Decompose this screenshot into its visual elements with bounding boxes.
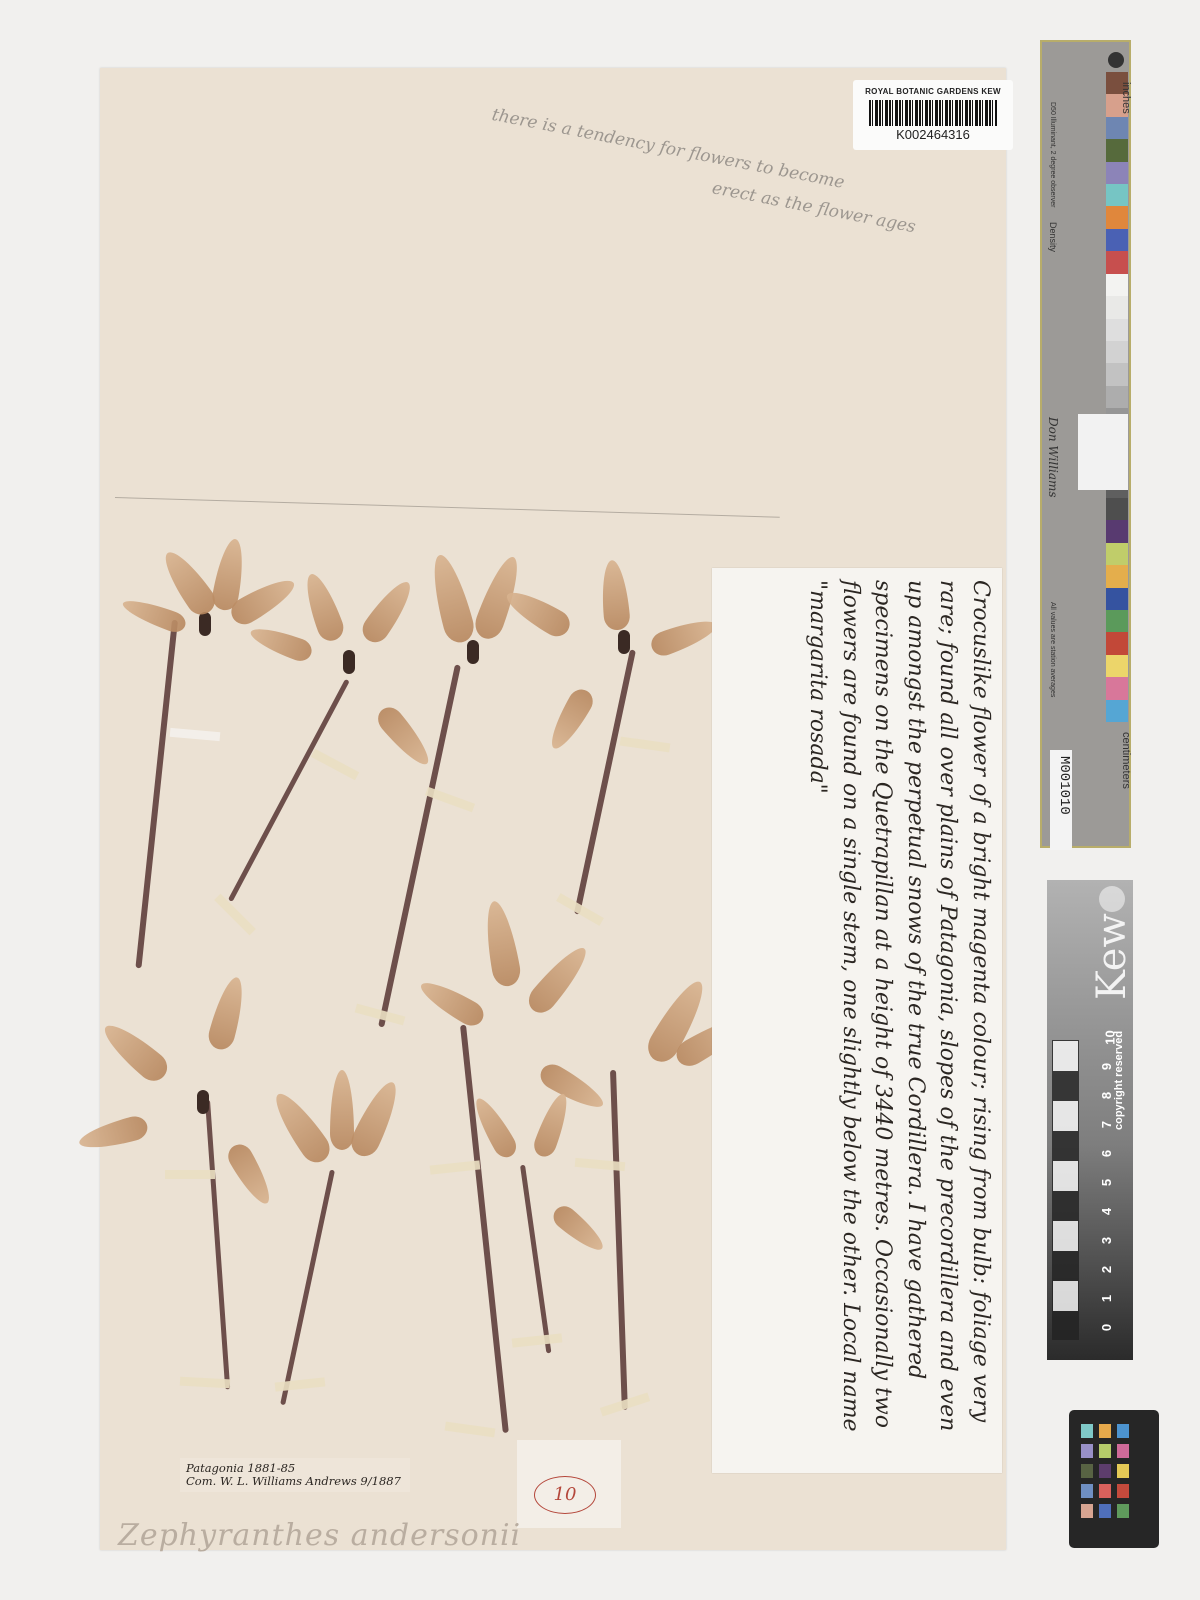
- color-swatch: [1106, 498, 1128, 520]
- cm-number: 8: [1099, 1092, 1114, 1099]
- strip-brand: Don Williams: [1046, 417, 1060, 498]
- mounting-tape: [165, 1170, 215, 1179]
- color-swatch: [1106, 610, 1128, 632]
- color-swatch: [1106, 700, 1128, 722]
- crest-icon: [1099, 886, 1125, 912]
- color-swatch: [1081, 1444, 1093, 1458]
- collector-communicator: Com. W. L. Williams Andrews 9/1887: [186, 1475, 404, 1488]
- color-swatch: [1106, 588, 1128, 610]
- color-swatch: [1117, 1444, 1129, 1458]
- color-swatch: [1081, 1484, 1093, 1498]
- barcode-label: ROYAL BOTANIC GARDENS KEW K002464316: [853, 80, 1013, 150]
- color-swatch: [1106, 632, 1128, 654]
- flower-ovary: [618, 630, 630, 654]
- color-swatch: [1081, 1464, 1093, 1478]
- cm-number: 1: [1099, 1295, 1114, 1302]
- ruler-segments: [1052, 1040, 1079, 1340]
- color-swatch: [1099, 1484, 1111, 1498]
- color-swatch: [1106, 677, 1128, 699]
- color-swatch: [1117, 1484, 1129, 1498]
- color-swatch: [1106, 386, 1128, 408]
- kew-logo: Kew: [1089, 913, 1135, 1000]
- color-swatch: [1099, 1444, 1111, 1458]
- institution-name: ROYAL BOTANIC GARDENS KEW: [853, 87, 1013, 96]
- barcode-number: K002464316: [853, 127, 1013, 142]
- color-swatch: [1106, 363, 1128, 385]
- flower-ovary: [199, 612, 211, 636]
- strip-target-graphic: [1078, 414, 1128, 490]
- flower-ovary: [197, 1090, 209, 1114]
- color-swatch: [1099, 1504, 1111, 1518]
- color-swatch: [1081, 1504, 1093, 1518]
- color-swatch: [1106, 274, 1128, 296]
- strip-hole-icon: [1108, 52, 1124, 68]
- color-swatch: [1117, 1464, 1129, 1478]
- kew-scale-bar: Kew 109876543210 copyright reserved: [1047, 880, 1133, 1360]
- color-swatch: [1106, 139, 1128, 161]
- color-swatch: [1106, 520, 1128, 542]
- color-swatch: [1106, 251, 1128, 273]
- color-swatch: [1106, 229, 1128, 251]
- strip-id: M001010: [1056, 756, 1072, 815]
- color-swatch: [1117, 1424, 1129, 1438]
- pencil-rule-line: [115, 497, 780, 518]
- color-calibration-strip: inches D50 Illuminant, 2 degree observer…: [1040, 40, 1131, 848]
- flower-ovary: [467, 640, 479, 664]
- color-swatch: [1106, 319, 1128, 341]
- copyright-text: copyright reserved: [1113, 1031, 1125, 1130]
- color-swatch: [1106, 162, 1128, 184]
- barcode-icon: [869, 100, 997, 126]
- cm-number: 2: [1099, 1266, 1114, 1273]
- color-swatch: [1081, 1424, 1093, 1438]
- color-swatch: [1106, 206, 1128, 228]
- field-notes-text: Crocuslike flower of a bright magenta co…: [710, 572, 1000, 1472]
- determination-name: Zephyranthes andersonii: [118, 1518, 521, 1553]
- cm-number: 5: [1099, 1179, 1114, 1186]
- strip-top-label: inches: [1120, 82, 1132, 114]
- cm-number: 6: [1099, 1150, 1114, 1157]
- cm-number: 9: [1099, 1063, 1114, 1070]
- color-swatch: [1099, 1424, 1111, 1438]
- strip-id-label: M001010: [1050, 750, 1072, 850]
- color-swatch: [1106, 184, 1128, 206]
- color-checker-card: [1069, 1410, 1159, 1548]
- color-swatch: [1117, 1504, 1129, 1518]
- color-swatch: [1106, 565, 1128, 587]
- flower-ovary: [343, 650, 355, 674]
- cm-number: 7: [1099, 1121, 1114, 1128]
- sheet-number: 10: [534, 1476, 596, 1514]
- color-swatch: [1106, 296, 1128, 318]
- cm-number: 4: [1099, 1208, 1114, 1215]
- collector-label: Patagonia 1881-85 Com. W. L. Williams An…: [180, 1458, 410, 1492]
- strip-bottom-label: centimeters: [1120, 732, 1132, 789]
- color-swatch: [1106, 117, 1128, 139]
- color-swatch: [1106, 341, 1128, 363]
- color-swatch: [1106, 655, 1128, 677]
- strip-density-label: Density: [1048, 222, 1058, 252]
- cm-number: 0: [1099, 1324, 1114, 1331]
- color-swatch: [1099, 1464, 1111, 1478]
- cm-number: 3: [1099, 1237, 1114, 1244]
- strip-note: All values are station averages: [1049, 602, 1056, 697]
- color-swatch: [1106, 543, 1128, 565]
- strip-illuminant: D50 Illuminant, 2 degree observer: [1049, 102, 1056, 207]
